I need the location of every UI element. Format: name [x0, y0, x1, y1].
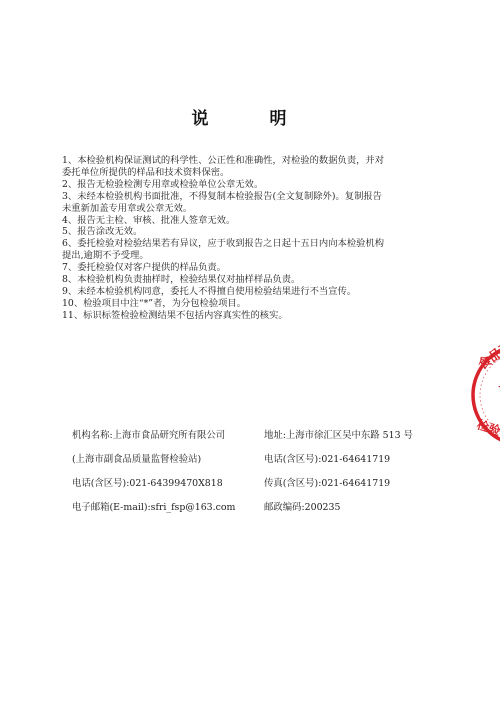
contact-right-column: 地址:上海市徐汇区吴中东路 513 号 电话(含区号):021-64641719…	[264, 430, 413, 526]
notes-list: 1、本检验机构保证测试的科学性、公正性和准确性，对检验的数据负责，并对 委托单位…	[62, 155, 412, 322]
note-line: 3、未经本检验机构书面批准，不得复制本检验报告(全文复制除外)。复制报告	[62, 191, 412, 203]
contact-left-column: 机构名称:上海市食品研究所有限公司 (上海市副食品质量监督检验站) 电话(含区号…	[72, 430, 235, 526]
note-line: 委托单位所提供的样品和技术资料保密。	[62, 167, 412, 179]
note-line: 提出,逾期不予受理。	[62, 250, 412, 262]
postal-code: 邮政编码:200235	[264, 502, 413, 526]
phone: 电话(含区号):021-64641719	[264, 454, 413, 478]
note-line: 8、本检验机构负责抽样时，检验结果仅对抽样样品负责。	[62, 274, 412, 286]
note-line: 4、报告无主检、审核、批准人签章无效。	[62, 215, 412, 227]
address: 地址:上海市徐汇区吴中东路 513 号	[264, 430, 413, 454]
note-line: 7、委托检验仅对客户提供的样品负责。	[62, 262, 412, 274]
note-line: 9、未经本检验机构同意，委托人不得擅自使用检验结果进行不当宣传。	[62, 286, 412, 298]
note-line: 5、报告涂改无效。	[62, 226, 412, 238]
org-alt-name: (上海市副食品质量监督检验站)	[72, 454, 235, 478]
fax: 传真(含区号):021-64641719	[264, 478, 413, 502]
official-seal-icon: 食品研 检验检	[468, 340, 500, 450]
email: 电子邮箱(E-mail):sfri_fsp@163.com	[72, 502, 235, 526]
phone-ext: 电话(含区号):021-64399470X818	[72, 478, 235, 502]
page-title: 说 明	[0, 104, 500, 129]
note-line: 2、报告无检验检测专用章或检验单位公章无效。	[62, 179, 412, 191]
org-name: 机构名称:上海市食品研究所有限公司	[72, 430, 235, 454]
note-line: 6、委托检验对检验结果若有异议，应于收到报告之日起十五日内向本检验机构	[62, 238, 412, 250]
note-line: 11、标识标签检验检测结果不包括内容真实性的核实。	[62, 310, 412, 322]
note-line: 10、检验项目中注“*”者，为分包检验项目。	[62, 298, 412, 310]
note-line: 1、本检验机构保证测试的科学性、公正性和准确性，对检验的数据负责，并对	[62, 155, 412, 167]
note-line: 未重新加盖专用章或公章无效。	[62, 203, 412, 215]
